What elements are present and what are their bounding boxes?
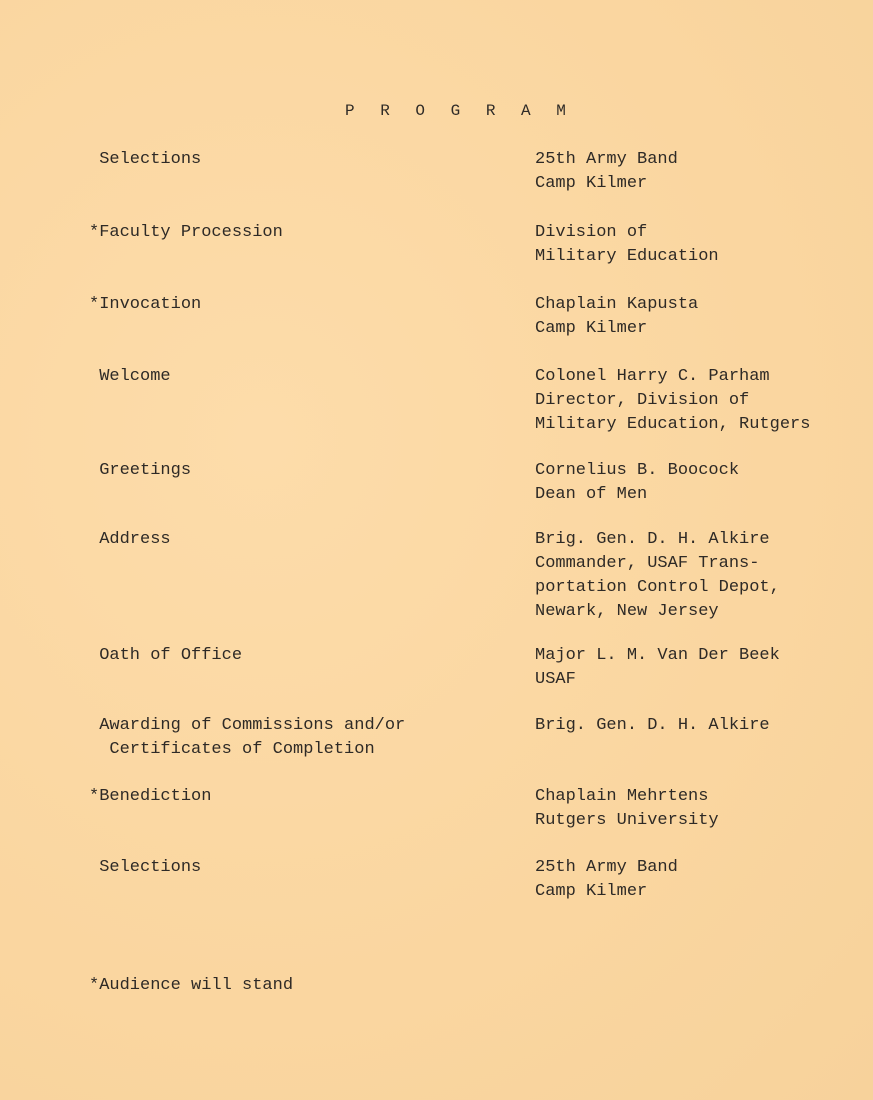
presenter-line: Newark, New Jersey bbox=[535, 600, 780, 624]
presenter-line: Dean of Men bbox=[535, 483, 739, 507]
title-line: Greetings bbox=[89, 459, 191, 483]
title-line: Certificates of Completion bbox=[89, 738, 405, 762]
title-line: Address bbox=[89, 528, 171, 552]
presenter-line: Camp Kilmer bbox=[535, 880, 678, 904]
presenter-line: Cornelius B. Boocock bbox=[535, 459, 739, 483]
title-line: Welcome bbox=[89, 365, 171, 389]
footnote: *Audience will stand bbox=[89, 976, 293, 995]
program-item-title: Oath of Office bbox=[89, 644, 242, 668]
presenter-line: Military Education bbox=[535, 245, 719, 269]
program-item-presenter: Brig. Gen. D. H. Alkire bbox=[535, 714, 770, 738]
program-item-presenter: Major L. M. Van Der BeekUSAF bbox=[535, 644, 780, 692]
presenter-line: Camp Kilmer bbox=[535, 172, 678, 196]
presenter-line: Rutgers University bbox=[535, 809, 719, 833]
program-item-presenter: 25th Army BandCamp Kilmer bbox=[535, 148, 678, 196]
presenter-line: 25th Army Band bbox=[535, 856, 678, 880]
program-item-presenter: Chaplain MehrtensRutgers University bbox=[535, 785, 719, 833]
presenter-line: Chaplain Mehrtens bbox=[535, 785, 719, 809]
program-item-title: Welcome bbox=[89, 365, 171, 389]
presenter-line: Commander, USAF Trans- bbox=[535, 552, 780, 576]
program-item-title: Address bbox=[89, 528, 171, 552]
presenter-line: Military Education, Rutgers bbox=[535, 413, 810, 437]
program-item-title: Greetings bbox=[89, 459, 191, 483]
presenter-line: Brig. Gen. D. H. Alkire bbox=[535, 714, 770, 738]
title-line: *Invocation bbox=[89, 293, 201, 317]
presenter-line: Director, Division of bbox=[535, 389, 810, 413]
program-item-presenter: Division ofMilitary Education bbox=[535, 221, 719, 269]
title-line: *Benediction bbox=[89, 785, 211, 809]
title-line: Selections bbox=[89, 856, 201, 880]
presenter-line: Brig. Gen. D. H. Alkire bbox=[535, 528, 780, 552]
presenter-line: Chaplain Kapusta bbox=[535, 293, 698, 317]
presenter-line: Colonel Harry C. Parham bbox=[535, 365, 810, 389]
program-item-presenter: Brig. Gen. D. H. AlkireCommander, USAF T… bbox=[535, 528, 780, 624]
program-item-presenter: Chaplain KapustaCamp Kilmer bbox=[535, 293, 698, 341]
program-item-title: Awarding of Commissions and/or Certifica… bbox=[89, 714, 405, 762]
title-line: Oath of Office bbox=[89, 644, 242, 668]
program-item-title: Selections bbox=[89, 856, 201, 880]
title-line: Awarding of Commissions and/or bbox=[89, 714, 405, 738]
presenter-line: Major L. M. Van Der Beek bbox=[535, 644, 780, 668]
program-item-presenter: 25th Army BandCamp Kilmer bbox=[535, 856, 678, 904]
presenter-line: Camp Kilmer bbox=[535, 317, 698, 341]
program-item-title: *Invocation bbox=[89, 293, 201, 317]
presenter-line: portation Control Depot, bbox=[535, 576, 780, 600]
program-item-title: *Benediction bbox=[89, 785, 211, 809]
program-item-presenter: Colonel Harry C. ParhamDirector, Divisio… bbox=[535, 365, 810, 437]
program-item-presenter: Cornelius B. BoocockDean of Men bbox=[535, 459, 739, 507]
program-item-title: Selections bbox=[89, 148, 201, 172]
program-item-title: *Faculty Procession bbox=[89, 221, 283, 245]
presenter-line: Division of bbox=[535, 221, 719, 245]
page-title: P R O G R A M bbox=[345, 102, 574, 120]
presenter-line: 25th Army Band bbox=[535, 148, 678, 172]
title-line: Selections bbox=[89, 148, 201, 172]
presenter-line: USAF bbox=[535, 668, 780, 692]
title-line: *Faculty Procession bbox=[89, 221, 283, 245]
